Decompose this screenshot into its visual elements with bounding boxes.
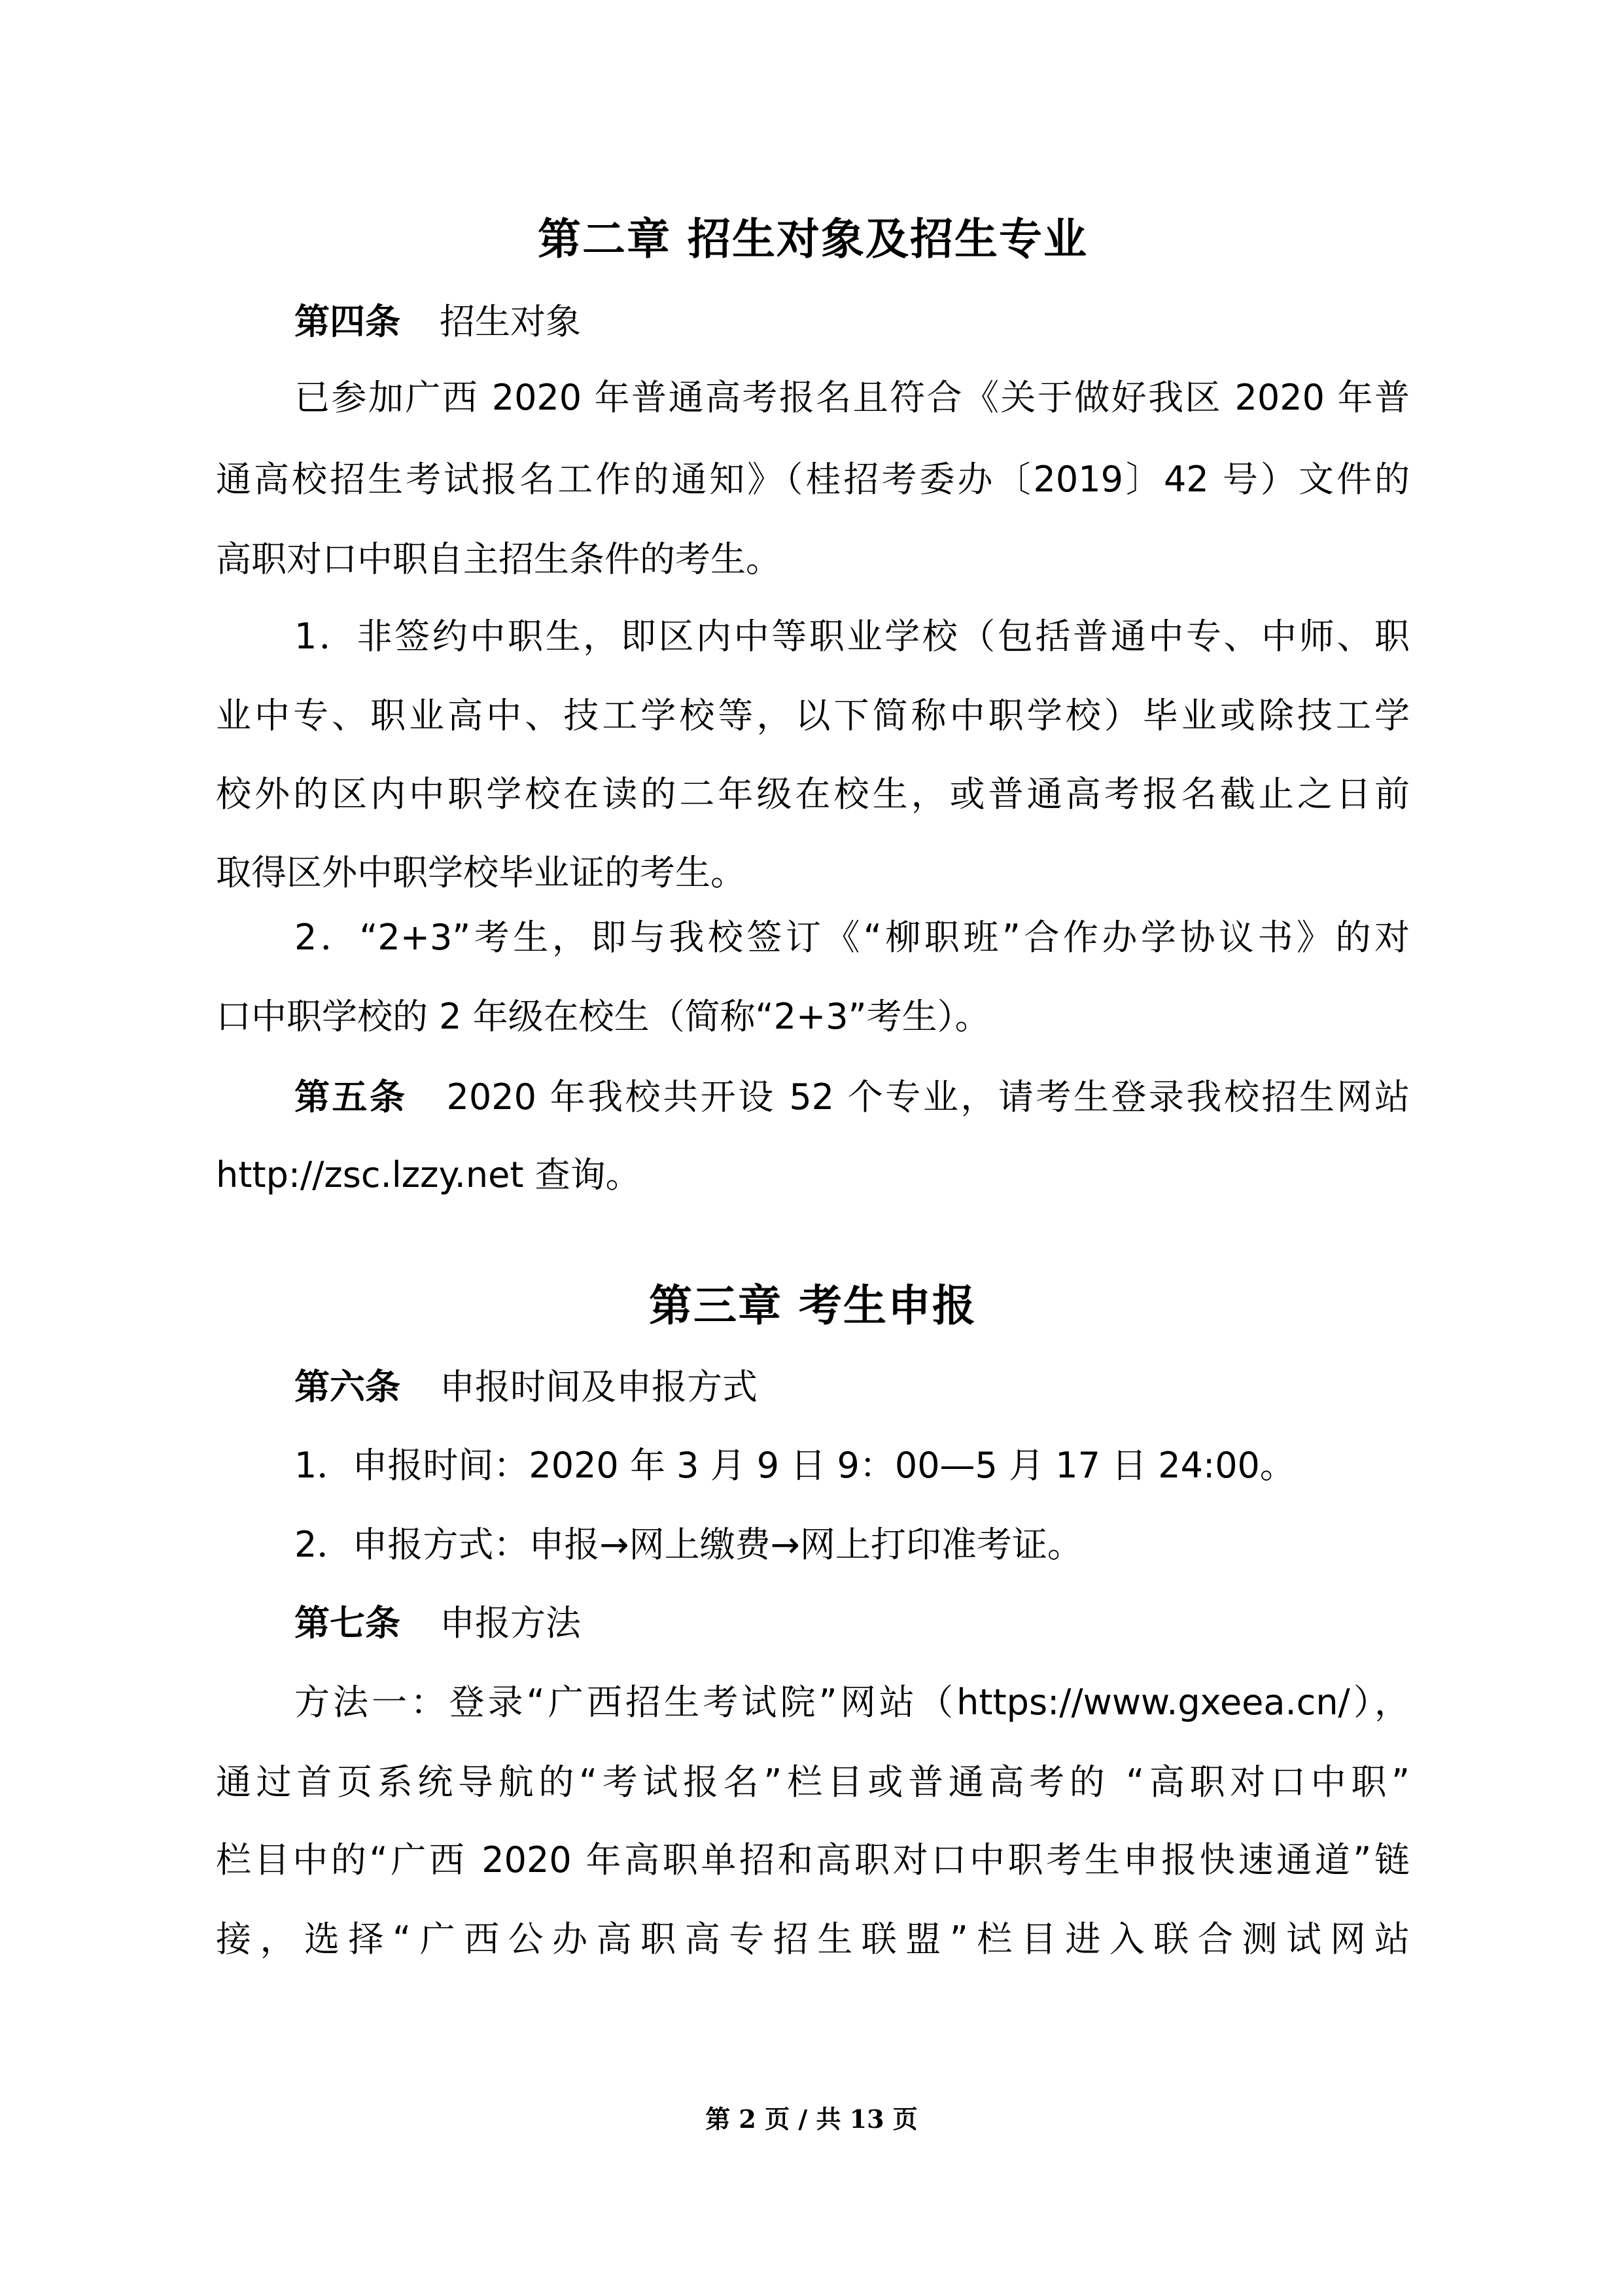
article-4-item-1-line-3: 校外的区内中职学校在读的二年级在校生，或普通高考报名截止之日前 (216, 771, 1410, 818)
article-7-label: 第七条 (294, 1602, 400, 1644)
article-4-intro-line-1: 已参加广西 2020 年普通高考报名且符合《关于做好我区 2020 年普 (216, 374, 1410, 421)
article-5-text: 2020 年我校共开设 52 个专业，请考生登录我校招生网站 (447, 1076, 1410, 1118)
page-number-footer: 第 2 页 / 共 13 页 (0, 2104, 1623, 2135)
article-5-label: 第五条 (294, 1076, 408, 1118)
article-5-line-1: 第五条2020 年我校共开设 52 个专业，请考生登录我校招生网站 (216, 1074, 1410, 1121)
article-7-method-1-line-2: 通过首页系统导航的“考试报名”栏目或普通高考的 “高职对口中职” (216, 1759, 1410, 1806)
article-4-intro-line-2: 通高校招生考试报名工作的通知》（桂招考委办〔2019〕42 号）文件的 (216, 456, 1410, 503)
article-6-label: 第六条 (294, 1366, 400, 1407)
article-7-method-1-line-3: 栏目中的“广西 2020 年高职单招和高职对口中职考生申报快速通道”链 (216, 1837, 1410, 1884)
article-4-item-1-line-2: 业中专、职业高中、技工学校等，以下简称中职学校）毕业或除技工学 (216, 692, 1410, 739)
article-4-item-1-line-1: 1．非签约中职生，即区内中等职业学校（包括普通中专、中师、职 (216, 613, 1410, 660)
article-4-item-2-line-2: 口中职学校的 2 年级在校生（简称“2+3”考生）。 (216, 993, 1410, 1040)
article-4-item-2-line-1: 2．“2+3”考生，即与我校签订《“柳职班”合作办学协议书》的对 (216, 914, 1410, 961)
article-5-line-2: http://zsc.lzzy.net 查询。 (216, 1152, 1410, 1199)
article-6-item-1: 1．申报时间：2020 年 3 月 9 日 9：00—5 月 17 日 24:0… (216, 1442, 1410, 1489)
article-6-item-2: 2．申报方式：申报→网上缴费→网上打印准考证。 (216, 1521, 1410, 1568)
chapter-2-title: 第二章 招生对象及招生专业 (216, 213, 1410, 266)
article-4-heading: 第四条招生对象 (216, 298, 1410, 345)
article-6-heading: 第六条申报时间及申报方式 (216, 1364, 1410, 1411)
article-4-label: 第四条 (294, 301, 400, 342)
article-7-method-1-line-1: 方法一：登录“广西招生考试院”网站（https://www.gxeea.cn/）… (216, 1679, 1410, 1726)
article-4-item-1-line-4: 取得区外中职学校毕业证的考生。 (216, 849, 1410, 896)
article-6-title: 申报时间及申报方式 (440, 1366, 758, 1407)
article-7-heading: 第七条申报方法 (216, 1600, 1410, 1647)
article-4-intro-line-3: 高职对口中职自主招生条件的考生。 (216, 536, 1410, 583)
article-4-title: 招生对象 (440, 301, 581, 342)
article-7-title: 申报方法 (440, 1602, 581, 1644)
chapter-3-title: 第三章 考生申报 (216, 1280, 1410, 1332)
article-7-method-1-line-4: 接，选择“广西公办高职高专招生联盟”栏目进入联合测试网站 (216, 1916, 1410, 1963)
